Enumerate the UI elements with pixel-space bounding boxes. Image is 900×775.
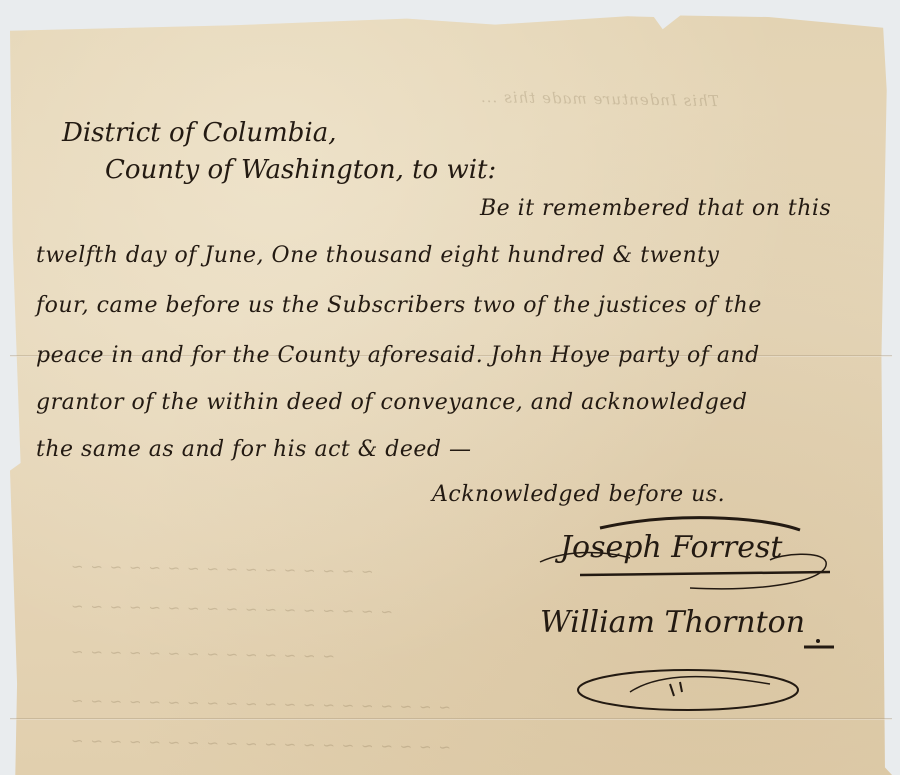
- heading-county: County of Washington, to wit:: [105, 155, 496, 185]
- signature-william-thornton: William Thornton: [540, 605, 805, 640]
- signature-flourish: [530, 510, 850, 600]
- fold-crease: [10, 718, 892, 720]
- seal-oval-flourish: [570, 662, 810, 717]
- body-line: four, came before us the Subscribers two…: [36, 293, 762, 318]
- body-line: twelfth day of June, One thousand eight …: [36, 243, 719, 268]
- body-line: Be it remembered that on this: [480, 196, 831, 221]
- attestation-line: Acknowledged before us.: [432, 482, 725, 507]
- signature-mark: [800, 635, 840, 655]
- heading-district: District of Columbia,: [62, 118, 337, 148]
- body-line: peace in and for the County aforesaid. J…: [36, 343, 760, 368]
- body-line: the same as and for his act & deed —: [36, 437, 472, 462]
- body-line: grantor of the within deed of conveyance…: [36, 390, 747, 415]
